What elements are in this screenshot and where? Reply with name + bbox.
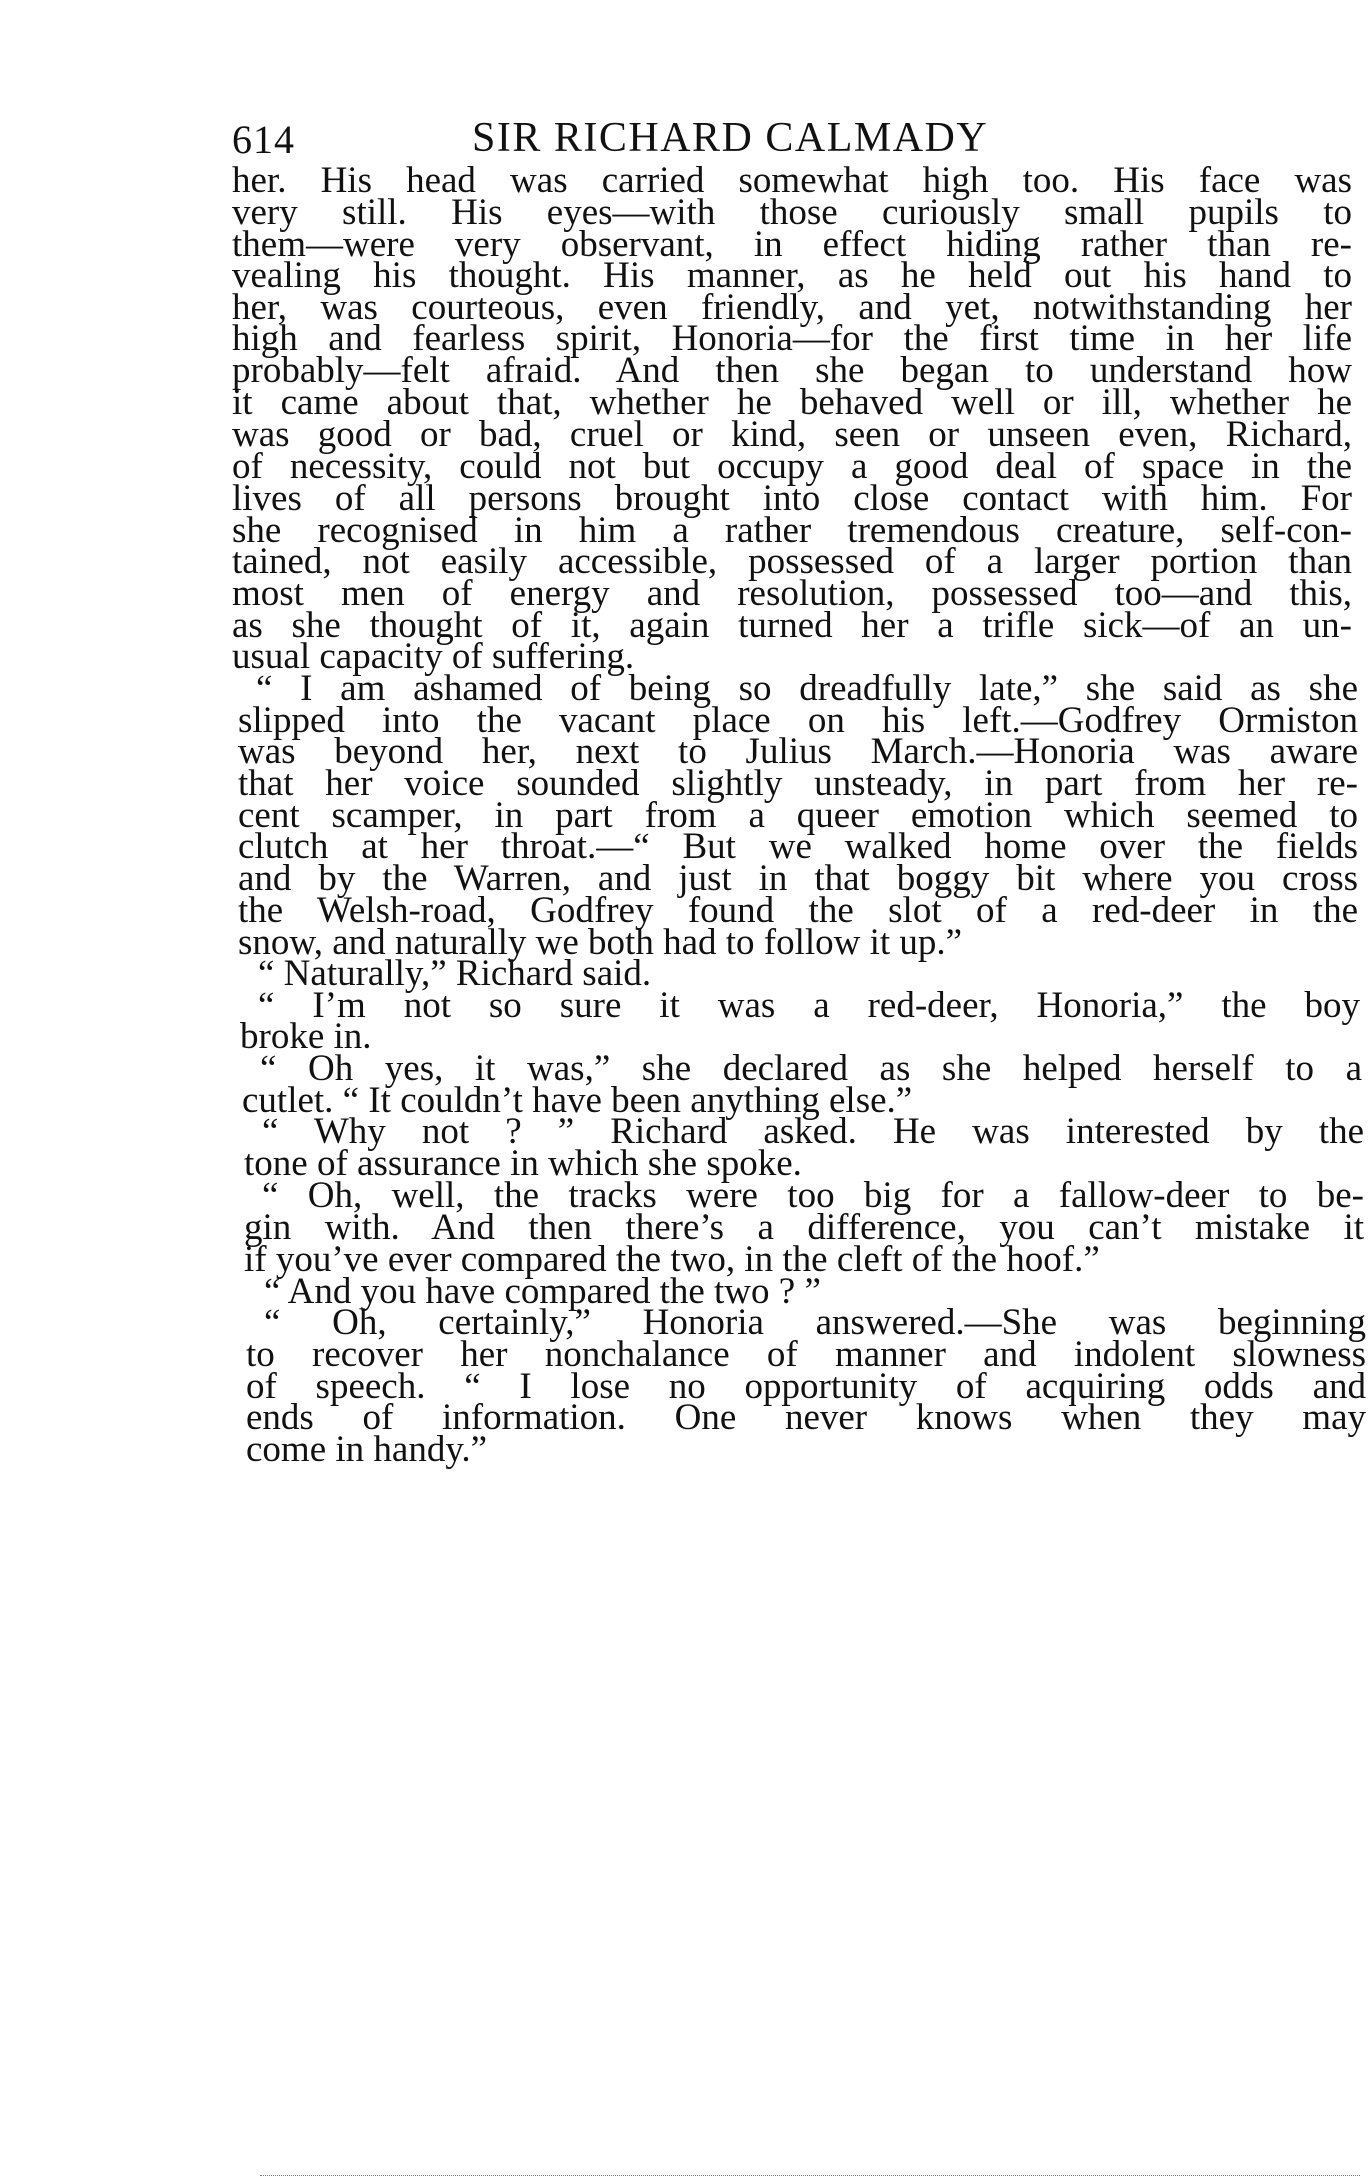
page-bottom-edge [260, 2175, 1360, 2177]
running-title: SIR RICHARD CALMADY [472, 114, 988, 162]
page-number: 614 [232, 116, 295, 163]
book-page: 614 SIR RICHARD CALMADY her. His head wa… [0, 0, 1372, 2179]
text-line: come in handy.” [246, 1429, 1366, 1471]
running-head: 614 SIR RICHARD CALMADY [232, 116, 1362, 166]
